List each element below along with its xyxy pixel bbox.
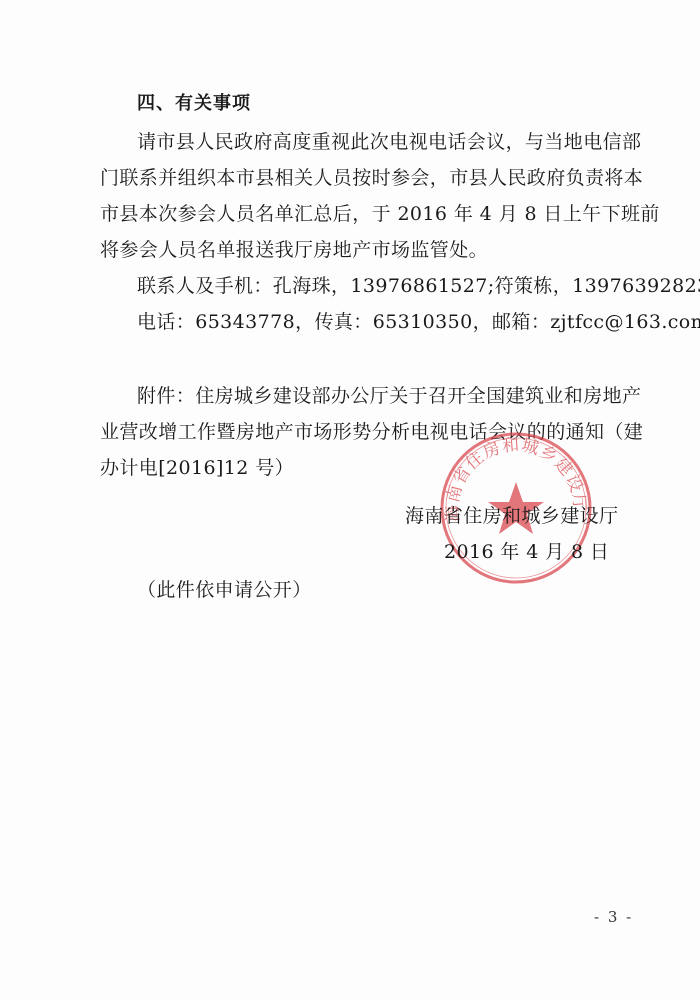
disclosure-note: （此件依申请公开） <box>137 578 312 602</box>
attachment-line: 附件：住房城乡建设部办公厅关于召开全国建筑业和房地产 <box>137 384 641 408</box>
contact-mobile-line: 联系人及手机：孔海珠，13976861527;符策栋，13976392823 <box>137 274 700 298</box>
signature-date: 2016 年 4 月 8 日 <box>444 540 609 564</box>
contact-phone-line: 电话：65343778，传真：65310350，邮箱：zjtfcc@163.co… <box>137 310 700 334</box>
paragraph-line: 将参会人员名单报送我厅房地产市场监管处。 <box>100 238 488 262</box>
paragraph-line: 请市县人民政府高度重视此次电视电话会议，与当地电信部 <box>137 130 641 154</box>
paragraph-line: 门联系并组织本市县相关人员按时参会，市县人民政府负责将本 <box>100 166 643 190</box>
section-heading: 四、有关事项 <box>137 92 251 116</box>
signature-organization: 海南省住房和城乡建设厅 <box>405 504 618 528</box>
attachment-line: 办计电[2016]12 号） <box>100 456 294 480</box>
page-number: - 3 - <box>594 908 633 926</box>
document-page: 四、有关事项 请市县人民政府高度重视此次电视电话会议，与当地电信部 门联系并组织… <box>0 0 700 1000</box>
attachment-line: 业营改增工作暨房地产市场形势分析电视电话会议的的通知（建 <box>100 420 643 444</box>
paragraph-line: 市县本次参会人员名单汇总后，于 2016 年 4 月 8 日上午下班前 <box>100 202 660 226</box>
